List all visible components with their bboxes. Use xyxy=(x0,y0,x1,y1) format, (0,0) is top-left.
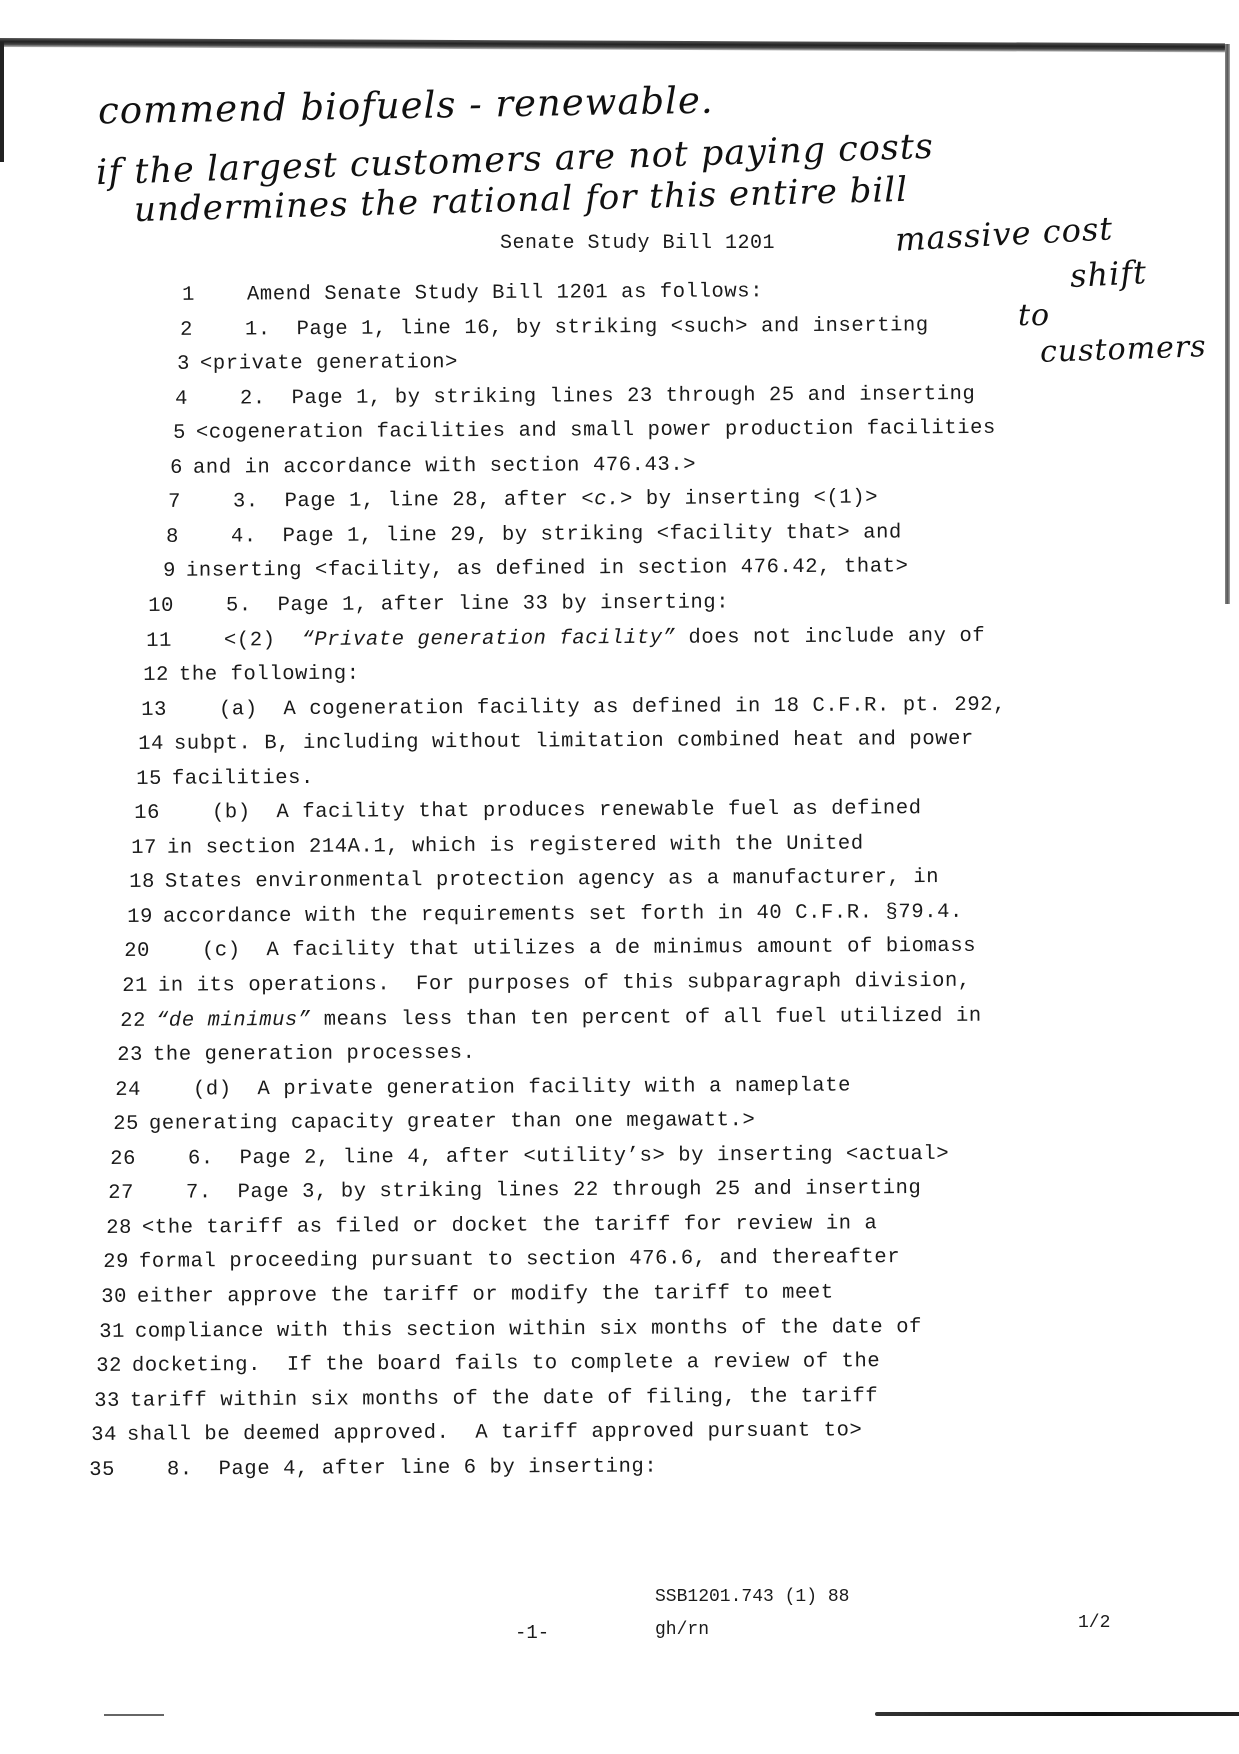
italic-text-segment: “de minimus” xyxy=(156,1008,311,1032)
text-segment: 6. Page 2, line 4, after <utility’s> by … xyxy=(188,1143,949,1171)
document-line: 23the generation processes. xyxy=(111,1042,476,1067)
line-text: <(2) “Private generation facility” does … xyxy=(223,624,984,652)
handwritten-margin-note-3: to xyxy=(1018,298,1050,333)
footer-initials: gh/rn xyxy=(655,1620,709,1640)
document-line: 1Amend Senate Study Bill 1201 as follows… xyxy=(163,280,763,307)
document-line: 32docketing. If the board fails to compl… xyxy=(90,1350,880,1378)
document-line: 25generating capacity greater than one m… xyxy=(107,1109,756,1136)
line-number: 15 xyxy=(130,767,162,790)
document-line: 21in its operations. For purposes of thi… xyxy=(116,970,971,998)
text-segment: shall be deemed approved. A tariff appro… xyxy=(127,1419,863,1446)
text-segment: 5. Page 1, after line 33 by inserting: xyxy=(226,591,729,617)
document-line: 21. Page 1, line 16, by striking <such> … xyxy=(161,314,929,342)
line-number: 14 xyxy=(132,733,164,756)
document-line: 6and in accordance with section 476.43.> xyxy=(151,453,696,479)
line-number: 3 xyxy=(158,353,190,376)
document-line: 18States environmental protection agency… xyxy=(123,866,939,894)
line-number: 11 xyxy=(139,629,171,652)
text-segment: accordance with the requirements set for… xyxy=(163,901,963,929)
footer-page-number: -1- xyxy=(515,1622,549,1644)
document-line: 3<private generation> xyxy=(158,351,458,376)
text-segment: <(2) xyxy=(223,629,301,652)
scan-edge-left xyxy=(0,42,4,162)
text-segment: (d) A private generation facility with a… xyxy=(193,1074,851,1101)
text-segment: (a) A cogeneration facility as defined i… xyxy=(219,693,1006,721)
text-segment: the following: xyxy=(179,663,360,687)
line-text: accordance with the requirements set for… xyxy=(163,901,963,929)
italic-text-segment: c. xyxy=(594,488,620,511)
handwritten-margin-note-1: massive cost xyxy=(894,209,1114,258)
line-number: 10 xyxy=(142,595,174,618)
line-text: 2. Page 1, by striking lines 23 through … xyxy=(240,383,976,410)
line-text: formal proceeding pursuant to section 47… xyxy=(139,1246,900,1274)
document-line: 24(d) A private generation facility with… xyxy=(109,1074,851,1102)
line-number: 29 xyxy=(97,1251,129,1274)
line-number: 25 xyxy=(107,1113,139,1136)
line-text: 3. Page 1, line 28, after <c.> by insert… xyxy=(233,487,878,514)
line-text: in section 214A.1, which is registered w… xyxy=(167,832,864,859)
text-segment: <private generation> xyxy=(200,351,458,376)
scan-edge-right xyxy=(1225,44,1230,604)
line-text: either approve the tariff or modify the … xyxy=(137,1281,834,1308)
document-line: 30either approve the tariff or modify th… xyxy=(95,1281,834,1309)
text-segment: compliance with this section within six … xyxy=(134,1315,921,1343)
document-line: 277. Page 3, by striking lines 22 throug… xyxy=(102,1177,922,1205)
line-text: 4. Page 1, line 29, by striking <facilit… xyxy=(230,521,901,548)
footer-page-fraction: 1/2 xyxy=(1078,1613,1110,1633)
line-text: (d) A private generation facility with a… xyxy=(193,1074,851,1101)
handwritten-margin-note-4: customers xyxy=(1039,329,1207,370)
line-number: 12 xyxy=(137,664,169,687)
line-text: inserting <facility, as defined in secti… xyxy=(186,556,909,583)
document-line: 358. Page 4, after line 6 by inserting: xyxy=(83,1455,657,1482)
scan-edge-bottom-left xyxy=(104,1714,164,1716)
line-text: Amend Senate Study Bill 1201 as follows: xyxy=(247,280,763,306)
text-segment: Amend Senate Study Bill 1201 as follows: xyxy=(247,280,763,306)
line-text: 7. Page 3, by striking lines 22 through … xyxy=(186,1177,922,1204)
line-text: <the tariff as filed or docket the tarif… xyxy=(141,1212,877,1239)
line-text: and in accordance with section 476.43.> xyxy=(193,453,696,479)
line-number: 21 xyxy=(116,975,148,998)
line-text: docketing. If the board fails to complet… xyxy=(132,1350,880,1378)
document-line: 84. Page 1, line 29, by striking <facili… xyxy=(146,521,901,549)
line-number: 24 xyxy=(109,1078,141,1101)
text-segment: formal proceeding pursuant to section 47… xyxy=(139,1246,900,1274)
line-number: 31 xyxy=(92,1320,124,1343)
line-text: facilities. xyxy=(172,767,314,791)
line-number: 35 xyxy=(83,1458,115,1481)
line-number: 30 xyxy=(95,1286,127,1309)
text-segment: 4. Page 1, line 29, by striking <facilit… xyxy=(230,521,901,548)
text-segment: does not include any of xyxy=(675,624,985,649)
line-text: “de minimus” means less than ten percent… xyxy=(156,1004,982,1032)
document-line: 11<(2) “Private generation facility” doe… xyxy=(139,624,984,652)
line-text: <cogeneration facilities and small power… xyxy=(196,417,996,445)
line-number: 32 xyxy=(90,1355,122,1378)
text-segment: inserting <facility, as defined in secti… xyxy=(186,556,909,583)
line-text: 1. Page 1, line 16, by striking <such> a… xyxy=(245,314,929,341)
text-segment: 1. Page 1, line 16, by striking <such> a… xyxy=(245,314,929,341)
line-number: 5 xyxy=(154,422,186,445)
text-segment: the generation processes. xyxy=(153,1042,476,1067)
line-number: 18 xyxy=(123,871,155,894)
line-number: 16 xyxy=(128,802,160,825)
line-text: tariff within six months of the date of … xyxy=(130,1385,878,1413)
text-segment: 2. Page 1, by striking lines 23 through … xyxy=(240,383,976,410)
document-title: Senate Study Bill 1201 xyxy=(500,232,775,255)
text-segment: in section 214A.1, which is registered w… xyxy=(167,832,864,859)
document-line: 20(c) A facility that utilizes a de mini… xyxy=(118,935,976,963)
italic-text-segment: “Private generation facility” xyxy=(301,626,675,651)
text-segment: and in accordance with section 476.43.> xyxy=(193,453,696,479)
line-text: (c) A facility that utilizes a de minimu… xyxy=(202,935,976,963)
line-number: 13 xyxy=(135,698,167,721)
text-segment: generating capacity greater than one meg… xyxy=(149,1109,756,1136)
line-number: 7 xyxy=(149,491,181,514)
text-segment: > by inserting <(1)> xyxy=(620,487,878,512)
text-segment: <cogeneration facilities and small power… xyxy=(196,417,996,445)
line-text: 6. Page 2, line 4, after <utility’s> by … xyxy=(188,1143,949,1171)
line-number: 9 xyxy=(144,560,176,583)
line-number: 22 xyxy=(114,1009,146,1032)
document-line: 29formal proceeding pursuant to section … xyxy=(97,1246,900,1274)
text-segment: 3. Page 1, line 28, after < xyxy=(233,489,594,514)
line-text: shall be deemed approved. A tariff appro… xyxy=(127,1419,863,1446)
text-segment: 7. Page 3, by striking lines 22 through … xyxy=(186,1177,922,1204)
line-number: 33 xyxy=(88,1389,120,1412)
document-line: 12the following: xyxy=(137,663,360,687)
document-line: 22“de minimus” means less than ten perce… xyxy=(114,1004,982,1032)
line-text: generating capacity greater than one meg… xyxy=(149,1109,756,1136)
document-line: 73. Page 1, line 28, after <c.> by inser… xyxy=(149,487,878,514)
line-number: 2 xyxy=(161,318,193,341)
handwritten-margin-note-2: shift xyxy=(1069,253,1148,295)
text-segment: either approve the tariff or modify the … xyxy=(137,1281,834,1308)
handwritten-note-1: commend biofuels - renewable. xyxy=(98,79,714,133)
text-segment: tariff within six months of the date of … xyxy=(130,1385,878,1413)
text-segment: subpt. B, including without limitation c… xyxy=(174,728,974,756)
text-segment: 8. Page 4, after line 6 by inserting: xyxy=(167,1455,657,1481)
document-line: 13(a) A cogeneration facility as defined… xyxy=(135,693,1006,721)
line-text: the generation processes. xyxy=(153,1042,476,1067)
line-number: 19 xyxy=(121,906,153,929)
scan-edge-top xyxy=(0,38,1225,52)
line-text: States environmental protection agency a… xyxy=(165,866,939,894)
document-line: 17in section 214A.1, which is registered… xyxy=(125,832,864,860)
text-segment: <the tariff as filed or docket the tarif… xyxy=(141,1212,877,1239)
document-line: 9inserting <facility, as defined in sect… xyxy=(144,556,909,584)
line-number: 17 xyxy=(125,837,157,860)
document-line: 16(b) A facility that produces renewable… xyxy=(128,797,922,825)
document-line: 105. Page 1, after line 33 by inserting: xyxy=(142,591,729,618)
line-text: in its operations. For purposes of this … xyxy=(158,970,971,998)
document-line: 266. Page 2, line 4, after <utility’s> b… xyxy=(104,1143,949,1171)
line-number: 34 xyxy=(85,1424,117,1447)
line-number: 1 xyxy=(163,284,195,307)
text-segment: means less than ten percent of all fuel … xyxy=(310,1004,981,1031)
line-number: 6 xyxy=(151,457,183,480)
scan-edge-bottom-right xyxy=(875,1712,1239,1716)
text-segment: in its operations. For purposes of this … xyxy=(158,970,971,998)
line-number: 28 xyxy=(99,1217,131,1240)
line-number: 20 xyxy=(118,940,150,963)
document-line: 28<the tariff as filed or docket the tar… xyxy=(99,1212,877,1240)
line-number: 27 xyxy=(102,1182,134,1205)
line-text: (b) A facility that produces renewable f… xyxy=(212,797,922,824)
line-number: 4 xyxy=(156,387,188,410)
document-line: 19accordance with the requirements set f… xyxy=(121,901,963,929)
document-line: 33tariff within six months of the date o… xyxy=(88,1385,878,1413)
line-text: subpt. B, including without limitation c… xyxy=(174,728,974,756)
line-number: 8 xyxy=(146,526,178,549)
text-segment: States environmental protection agency a… xyxy=(165,866,939,894)
line-text: 8. Page 4, after line 6 by inserting: xyxy=(167,1455,657,1481)
line-number: 26 xyxy=(104,1148,136,1171)
footer-document-code: SSB1201.743 (1) 88 xyxy=(655,1587,849,1607)
document-line: 31compliance with this section within si… xyxy=(92,1315,921,1343)
text-segment: docketing. If the board fails to complet… xyxy=(132,1350,880,1378)
text-segment: (b) A facility that produces renewable f… xyxy=(212,797,922,824)
line-text: <private generation> xyxy=(200,351,458,376)
line-text: 5. Page 1, after line 33 by inserting: xyxy=(226,591,729,617)
line-text: compliance with this section within six … xyxy=(134,1315,921,1343)
line-number: 23 xyxy=(111,1044,143,1067)
document-line: 34shall be deemed approved. A tariff app… xyxy=(85,1419,863,1447)
text-segment: facilities. xyxy=(172,767,314,791)
document-line: 5<cogeneration facilities and small powe… xyxy=(154,417,996,445)
document-line: 15facilities. xyxy=(130,767,314,791)
document-line: 42. Page 1, by striking lines 23 through… xyxy=(156,383,976,411)
line-text: (a) A cogeneration facility as defined i… xyxy=(219,693,1006,721)
line-text: the following: xyxy=(179,663,360,687)
document-line: 14subpt. B, including without limitation… xyxy=(132,728,974,756)
text-segment: (c) A facility that utilizes a de minimu… xyxy=(202,935,976,963)
